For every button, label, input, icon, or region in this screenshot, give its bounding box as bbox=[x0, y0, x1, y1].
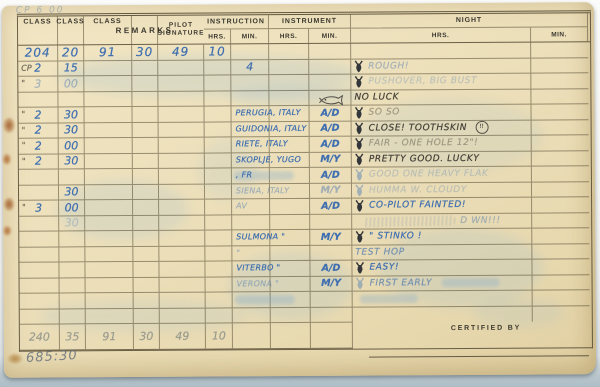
cell-pilot-signature bbox=[533, 321, 590, 347]
cell-class-1 bbox=[233, 308, 271, 324]
handwritten-location: SULMONA " bbox=[236, 232, 312, 241]
logbook-scan: CP 6 00 INSTRUCTION INSTRUMENT NIGHT CLA… bbox=[0, 0, 600, 387]
cell-remarks: PUSHOVER, BIG BUST bbox=[351, 74, 531, 91]
cell-night-min bbox=[204, 91, 231, 107]
cell-instrument-hrs bbox=[85, 169, 133, 185]
cell-remarks bbox=[353, 291, 533, 308]
cell-night-hrs bbox=[158, 76, 204, 92]
cell-instruction-hrs: "3 bbox=[18, 76, 58, 92]
handwritten-total: 49 bbox=[175, 330, 189, 343]
handwritten-class-value: A/D bbox=[321, 123, 340, 134]
cell-class-3 bbox=[310, 245, 352, 261]
handwritten-class-value: M/Y bbox=[321, 231, 341, 242]
ditto-mark: " bbox=[22, 141, 26, 150]
cell-night-hrs bbox=[160, 308, 206, 324]
cell-pilot-signature bbox=[533, 290, 590, 306]
cell-class-2 bbox=[270, 214, 310, 230]
cell-class-1: AV bbox=[232, 199, 270, 215]
cell-class-3 bbox=[310, 214, 352, 230]
cell-class-1: SULMONA " bbox=[232, 230, 270, 246]
handwritten-time: 3 bbox=[35, 201, 42, 214]
cell-class-3: M/Y bbox=[310, 183, 352, 199]
cell-class-3: M/Y bbox=[310, 152, 352, 168]
ink-scribble bbox=[363, 215, 455, 227]
cell-class-3 bbox=[311, 307, 353, 323]
cell-remarks: ROUGH! bbox=[351, 58, 531, 75]
handwritten-remark: " STINKO ! bbox=[369, 231, 422, 241]
handwritten-total: 35 bbox=[65, 330, 79, 343]
certified-by-label: CERTIFIED BY bbox=[451, 325, 521, 332]
cell-remarks: " STINKO ! bbox=[352, 229, 532, 246]
cell-remarks: CLOSE! TOOTHSKIN!! bbox=[352, 120, 532, 137]
cell-instrument-hrs bbox=[85, 154, 133, 170]
cell-instrument-min bbox=[133, 153, 159, 169]
cell-instrument-min bbox=[132, 76, 158, 92]
handwritten-remark: FIRST EARLY bbox=[370, 278, 433, 288]
handwritten-location: SIENA, ITALY bbox=[236, 185, 312, 194]
cell-pilot-signature bbox=[532, 135, 589, 151]
cell-instrument-hrs bbox=[85, 200, 133, 216]
cell-class-1: PERUGIA, ITALY bbox=[231, 106, 269, 122]
ditto-mark: " bbox=[22, 110, 26, 119]
ink-smudge bbox=[360, 294, 418, 303]
cell-remarks bbox=[353, 306, 533, 323]
cell-class-1 bbox=[232, 215, 270, 231]
bomb-doodle-icon bbox=[355, 153, 364, 165]
cell-night-hrs bbox=[159, 231, 205, 247]
handwritten-class-value: M/Y bbox=[320, 154, 340, 165]
col-header-night: NIGHT bbox=[351, 13, 588, 28]
handwritten-remark: PRETTY GOOD. LUCKY bbox=[369, 154, 480, 165]
handwritten-remark: GOOD ONE HEAVY FLAK bbox=[369, 169, 489, 180]
cell-night-min bbox=[206, 292, 233, 308]
bomb-doodle-icon bbox=[355, 184, 364, 196]
cell-instrument-hrs: 91 bbox=[84, 45, 132, 61]
cell-class-3: A/D bbox=[310, 261, 352, 277]
cell-instrument-min bbox=[133, 262, 159, 278]
cell-pilot-signature bbox=[533, 306, 590, 322]
cell-instruction-min bbox=[59, 247, 85, 263]
handwritten-time: 00 bbox=[64, 77, 78, 90]
handwritten-time: 2 bbox=[35, 155, 42, 168]
handwritten-time: 204 bbox=[25, 46, 51, 60]
cell-instrument-min bbox=[133, 231, 159, 247]
cell-pilot-signature bbox=[532, 197, 589, 213]
cell-night-hrs bbox=[159, 138, 205, 154]
cell-pilot-signature bbox=[533, 275, 590, 291]
handwritten-class-value: A/D bbox=[321, 201, 340, 212]
cell-instrument-min bbox=[133, 200, 159, 216]
sub-header-hrs: HRS. bbox=[269, 29, 309, 43]
handwritten-total: 10 bbox=[212, 329, 226, 342]
cell-night-hrs bbox=[158, 60, 204, 76]
sub-header-min: MIN. bbox=[231, 29, 269, 43]
cell-night-hrs bbox=[160, 293, 206, 309]
handwritten-remark: NO LUCK bbox=[354, 92, 399, 102]
ditto-mark: " bbox=[22, 156, 26, 165]
cell-night-min bbox=[205, 199, 232, 215]
cell-class-2 bbox=[269, 75, 309, 91]
handwritten-remark: ROUGH! bbox=[368, 61, 409, 71]
cell-instruction-min: 30 bbox=[59, 123, 85, 139]
cell-remarks: SO SO bbox=[351, 105, 531, 122]
handwritten-total: 30 bbox=[139, 330, 153, 343]
cell-pilot-signature bbox=[531, 73, 588, 89]
total-night-min: 10 bbox=[206, 323, 233, 349]
cell-instrument-hrs bbox=[85, 123, 133, 139]
cell-class-1: SIENA, ITALY bbox=[232, 184, 270, 200]
cell-instruction-min bbox=[59, 231, 85, 247]
cell-night-min bbox=[205, 168, 232, 184]
cell-night-hrs bbox=[159, 262, 205, 278]
ditto-mark: " bbox=[22, 203, 26, 212]
col-header-instruction: INSTRUCTION bbox=[204, 15, 269, 29]
cell-instrument-hrs bbox=[86, 278, 134, 294]
cell-remarks: HUMMA W. CLOUDY bbox=[352, 182, 532, 199]
cell-instruction-hrs bbox=[19, 169, 59, 185]
handwritten-class-value: A/D bbox=[322, 262, 341, 273]
paper-stain bbox=[4, 198, 14, 211]
cell-class-1: , FR bbox=[232, 168, 270, 184]
sub-header-min: MIN. bbox=[531, 27, 588, 41]
cell-night-min: 10 bbox=[204, 44, 231, 60]
cell-class-1: RIETE, ITALY bbox=[232, 137, 270, 153]
cell-class-2 bbox=[269, 90, 309, 106]
cell-night-hrs bbox=[159, 215, 205, 231]
handwritten-location: PERUGIA, ITALY bbox=[236, 108, 312, 117]
cell-instrument-min bbox=[132, 60, 158, 76]
cell-pilot-signature bbox=[531, 89, 588, 105]
bomb-doodle-icon bbox=[356, 277, 365, 289]
cell-remarks: FIRST EARLY bbox=[353, 275, 533, 292]
ditto-mark: " bbox=[22, 125, 26, 134]
cell-pilot-signature bbox=[532, 120, 589, 136]
cell-instruction-min: 00 bbox=[59, 138, 85, 154]
sub-header-min: MIN. bbox=[309, 29, 351, 43]
cell-class-2 bbox=[271, 292, 311, 308]
cell-night-min bbox=[204, 75, 231, 91]
cell-instrument-hrs bbox=[84, 92, 132, 108]
cell-remarks: PRETTY GOOD. LUCKY bbox=[352, 151, 532, 168]
col-header-instrument: INSTRUMENT bbox=[269, 15, 351, 30]
col-header-remarks: REMARKS bbox=[132, 16, 158, 44]
handwritten-time: 2 bbox=[35, 139, 42, 152]
cell-instruction-min: 30 bbox=[58, 107, 84, 123]
handwritten-time: 00 bbox=[65, 201, 79, 214]
handwritten-remark: EASY! bbox=[369, 263, 399, 273]
cell-instruction-min bbox=[59, 169, 85, 185]
cell-night-min bbox=[205, 122, 232, 138]
cell-class-3 bbox=[311, 292, 353, 308]
cell-instrument-hrs bbox=[85, 247, 133, 263]
cell-class-1 bbox=[231, 91, 269, 107]
cell-night-min bbox=[205, 230, 232, 246]
cell-instruction-min bbox=[60, 278, 86, 294]
cell-class-3 bbox=[311, 323, 353, 349]
cell-instruction-hrs bbox=[19, 216, 59, 232]
cell-class-3 bbox=[309, 59, 351, 75]
handwritten-location: " bbox=[236, 247, 312, 256]
cell-pilot-signature bbox=[532, 151, 589, 167]
cell-class-1: VERONA " bbox=[233, 277, 271, 293]
cell-night-min bbox=[205, 153, 232, 169]
cell-instrument-min bbox=[134, 308, 160, 324]
bomb-doodle-icon bbox=[355, 138, 364, 150]
handwritten-time: 30 bbox=[64, 108, 78, 121]
handwritten-total: 240 bbox=[29, 331, 50, 344]
handwritten-class-value: 4 bbox=[246, 61, 253, 74]
cell-class-3: M/Y bbox=[311, 276, 353, 292]
cell-pilot-signature bbox=[532, 213, 589, 229]
handwritten-grand-total: 685:30 bbox=[26, 348, 79, 366]
cell-instruction-hrs: CP2 bbox=[18, 61, 58, 77]
cell-instruction-hrs bbox=[20, 293, 60, 309]
cell-night-hrs bbox=[159, 246, 205, 262]
ink-smudge bbox=[441, 278, 499, 287]
cell-remarks: CO-PILOT FAINTED! bbox=[352, 198, 532, 215]
cell-class-1 bbox=[231, 75, 269, 91]
bomb-doodle-icon bbox=[355, 262, 364, 274]
cell-instruction-hrs: 204 bbox=[18, 45, 58, 61]
cell-pilot-signature bbox=[531, 104, 588, 120]
cell-instrument-hrs bbox=[85, 216, 133, 232]
cell-remarks bbox=[351, 43, 531, 60]
certification-signature-line bbox=[369, 355, 589, 357]
sub-header-hrs: HRS. bbox=[204, 29, 231, 43]
cell-instruction-min bbox=[59, 262, 85, 278]
cell-night-min bbox=[205, 261, 232, 277]
table-body: 2042091304910CP2154ROUGH!"300PUSHOVER, B… bbox=[18, 42, 592, 324]
cell-instruction-min: 00 bbox=[58, 76, 84, 92]
cell-instruction-hrs bbox=[19, 262, 59, 278]
cell-class-3: A/D bbox=[310, 199, 352, 215]
cell-instrument-min bbox=[132, 107, 158, 123]
handwritten-location: RIETE, ITALY bbox=[236, 139, 312, 148]
cell-remarks: FAIR - ONE HOLE 12"! bbox=[352, 136, 532, 153]
table-header: INSTRUCTION INSTRUMENT NIGHT CLASS CLASS… bbox=[18, 13, 590, 45]
handwritten-time: 3 bbox=[34, 77, 41, 90]
cell-instrument-min bbox=[133, 215, 159, 231]
cell-instrument-hrs bbox=[85, 231, 133, 247]
handwritten-remark: SO SO bbox=[368, 108, 400, 118]
handwritten-remark: CO-PILOT FAINTED! bbox=[369, 200, 466, 211]
handwritten-total: 91 bbox=[102, 330, 116, 343]
cell-night-hrs bbox=[160, 277, 206, 293]
total-night-hrs: 49 bbox=[160, 324, 206, 350]
cell-class-2 bbox=[269, 44, 309, 60]
cell-class-1 bbox=[233, 323, 271, 349]
bomb-doodle-icon bbox=[355, 231, 364, 243]
handwritten-location: VITERBO " bbox=[236, 263, 312, 272]
handwritten-class-value: M/Y bbox=[321, 185, 341, 196]
cell-night-min bbox=[204, 106, 231, 122]
cell-instruction-min bbox=[60, 309, 86, 325]
cell-instruction-min: 20 bbox=[58, 45, 84, 61]
cell-pilot-signature bbox=[532, 244, 589, 260]
cell-night-hrs bbox=[159, 184, 205, 200]
handwritten-class-value: A/D bbox=[321, 170, 340, 181]
handwritten-remark: CLOSE! TOOTHSKIN bbox=[369, 123, 468, 134]
cell-instruction-hrs bbox=[20, 309, 60, 325]
cell-instrument-min bbox=[134, 293, 160, 309]
handwritten-location: , FR bbox=[236, 170, 312, 179]
handwritten-time: 15 bbox=[64, 62, 78, 75]
handwritten-time: 30 bbox=[64, 124, 78, 137]
cell-class-1: 4 bbox=[231, 60, 269, 76]
handwritten-location: VERONA " bbox=[237, 278, 313, 287]
handwritten-remark: HUMMA W. CLOUDY bbox=[369, 185, 467, 196]
handwritten-time: 49 bbox=[172, 45, 189, 59]
paper-stain bbox=[3, 154, 11, 165]
handwritten-location: SKOPLJE, YUGO bbox=[236, 154, 312, 163]
bomb-doodle-icon bbox=[355, 200, 364, 212]
face-doodle-icon: !! bbox=[475, 121, 488, 134]
cell-class-1 bbox=[231, 44, 269, 60]
bomb-doodle-icon bbox=[355, 122, 364, 134]
handwritten-time: 00 bbox=[64, 139, 78, 152]
bomb-doodle-icon bbox=[354, 107, 363, 119]
cell-class-3: A/D bbox=[310, 137, 352, 153]
paper-stain bbox=[4, 118, 15, 133]
handwritten-remark: D WN!!! bbox=[460, 216, 501, 226]
cell-pilot-signature bbox=[531, 58, 588, 74]
cell-night-hrs bbox=[158, 107, 204, 123]
cell-instruction-min: 30 bbox=[59, 185, 85, 201]
cell-remarks: EASY! bbox=[352, 260, 532, 277]
cell-class-2 bbox=[271, 307, 311, 323]
handwritten-time: 2 bbox=[34, 108, 41, 121]
log-table: INSTRUCTION INSTRUMENT NIGHT CLASS CLASS… bbox=[17, 10, 593, 352]
cell-instruction-hrs: "2 bbox=[18, 107, 58, 123]
cell-instruction-hrs bbox=[20, 278, 60, 294]
cell-class-2 bbox=[271, 323, 311, 349]
col-header-pilot-signature: PILOT SIGNATURE bbox=[158, 16, 204, 44]
cell-night-min bbox=[205, 215, 232, 231]
handwritten-time: 2 bbox=[34, 62, 41, 75]
cell-night-min bbox=[206, 277, 233, 293]
handwritten-class-value: A/D bbox=[321, 139, 340, 150]
handwritten-remark: PUSHOVER, BIG BUST bbox=[368, 76, 477, 87]
ditto-mark: " bbox=[21, 79, 25, 88]
handwritten-class-value: A/D bbox=[321, 108, 340, 119]
cell-instrument-hrs bbox=[86, 309, 134, 325]
cell-instrument-hrs bbox=[85, 185, 133, 201]
cell-night-min bbox=[206, 308, 233, 324]
handwritten-time: 91 bbox=[99, 45, 116, 59]
cell-night-hrs bbox=[159, 153, 205, 169]
cell-instruction-min: 30 bbox=[59, 216, 85, 232]
cell-class-3 bbox=[309, 75, 351, 91]
cell-class-2 bbox=[269, 59, 309, 75]
cell-instrument-hrs bbox=[85, 262, 133, 278]
cell-night-min bbox=[205, 184, 232, 200]
handwritten-time: 10 bbox=[208, 45, 225, 59]
cell-instruction-hrs: "3 bbox=[19, 200, 59, 216]
cell-instrument-min bbox=[133, 169, 159, 185]
total-instruction-hrs: 240 bbox=[20, 324, 60, 350]
cell-instrument-min bbox=[133, 122, 159, 138]
cell-instrument-min bbox=[133, 184, 159, 200]
cell-class-1: " bbox=[232, 246, 270, 262]
cell-class-1: GUIDONIA, ITALY bbox=[232, 122, 270, 138]
cell-instrument-min bbox=[134, 277, 160, 293]
handwritten-remark: TEST HOP bbox=[355, 247, 404, 257]
cell-instruction-min: 15 bbox=[58, 61, 84, 77]
cell-class-3: A/D bbox=[310, 121, 352, 137]
cell-night-hrs bbox=[159, 200, 205, 216]
cell-pilot-signature bbox=[532, 259, 589, 275]
cell-class-1 bbox=[233, 292, 271, 308]
cell-instrument-hrs bbox=[84, 76, 132, 92]
paper-stain bbox=[8, 354, 22, 364]
cell-instruction-min bbox=[58, 92, 84, 108]
cell-class-1: VITERBO " bbox=[232, 261, 270, 277]
cell-class-3: A/D bbox=[309, 106, 351, 122]
logbook-card: CP 6 00 INSTRUCTION INSTRUMENT NIGHT CLA… bbox=[2, 2, 596, 378]
cell-instruction-hrs: "2 bbox=[19, 154, 59, 170]
cell-class-3 bbox=[309, 44, 351, 60]
cell-pilot-signature bbox=[532, 228, 589, 244]
cell-night-min bbox=[205, 137, 232, 153]
bomb-doodle-icon bbox=[354, 60, 363, 72]
handwritten-time: 20 bbox=[62, 46, 79, 60]
paper-stain bbox=[3, 226, 11, 236]
cell-remarks: NO LUCK bbox=[351, 89, 531, 106]
handwritten-time: 30 bbox=[64, 186, 78, 199]
bomb-doodle-icon bbox=[355, 169, 364, 181]
cell-instrument-hrs bbox=[86, 293, 134, 309]
total-instrument-min: 30 bbox=[134, 324, 160, 350]
cell-instruction-hrs bbox=[19, 247, 59, 263]
cell-night-hrs bbox=[159, 169, 205, 185]
sub-header-hrs: HRS. bbox=[351, 28, 531, 43]
cell-remarks: TEST HOP bbox=[352, 244, 532, 261]
cell-night-min bbox=[204, 60, 231, 76]
cell-class-3: A/D bbox=[310, 168, 352, 184]
cell-instruction-hrs: "2 bbox=[19, 123, 59, 139]
cell-instrument-hrs bbox=[84, 61, 132, 77]
handwritten-remark: FAIR - ONE HOLE 12"! bbox=[369, 138, 479, 149]
cell-instruction-min bbox=[60, 293, 86, 309]
col-header-class-2: CLASS bbox=[58, 16, 84, 44]
cell-instrument-min: 30 bbox=[132, 45, 158, 61]
cell-class-1: SKOPLJE, YUGO bbox=[232, 153, 270, 169]
cell-pilot-signature bbox=[531, 42, 588, 58]
cell-instrument-hrs bbox=[84, 107, 132, 123]
cell-night-hrs bbox=[158, 91, 204, 107]
handwritten-time: 30 bbox=[65, 217, 79, 230]
cell-instruction-hrs bbox=[18, 92, 58, 108]
cell-instruction-min: 00 bbox=[59, 200, 85, 216]
total-instrument-hrs: 91 bbox=[86, 324, 134, 350]
cell-instruction-hrs bbox=[19, 185, 59, 201]
cell-instruction-min: 30 bbox=[59, 154, 85, 170]
cell-class-3 bbox=[309, 90, 351, 106]
cell-night-hrs bbox=[159, 122, 205, 138]
cell-class-3: M/Y bbox=[310, 230, 352, 246]
handwritten-time: 2 bbox=[35, 124, 42, 137]
total-instruction-min: 35 bbox=[60, 324, 86, 350]
cell-instruction-hrs bbox=[19, 231, 59, 247]
cell-pilot-signature bbox=[532, 182, 589, 198]
cell-instrument-min bbox=[133, 246, 159, 262]
handwritten-time: 30 bbox=[136, 45, 153, 59]
cell-instrument-hrs bbox=[85, 138, 133, 154]
cell-remarks: D WN!!! bbox=[352, 213, 532, 230]
handwritten-class-value: M/Y bbox=[321, 278, 341, 289]
cell-instrument-min bbox=[133, 138, 159, 154]
cell-night-hrs: 49 bbox=[158, 45, 204, 61]
